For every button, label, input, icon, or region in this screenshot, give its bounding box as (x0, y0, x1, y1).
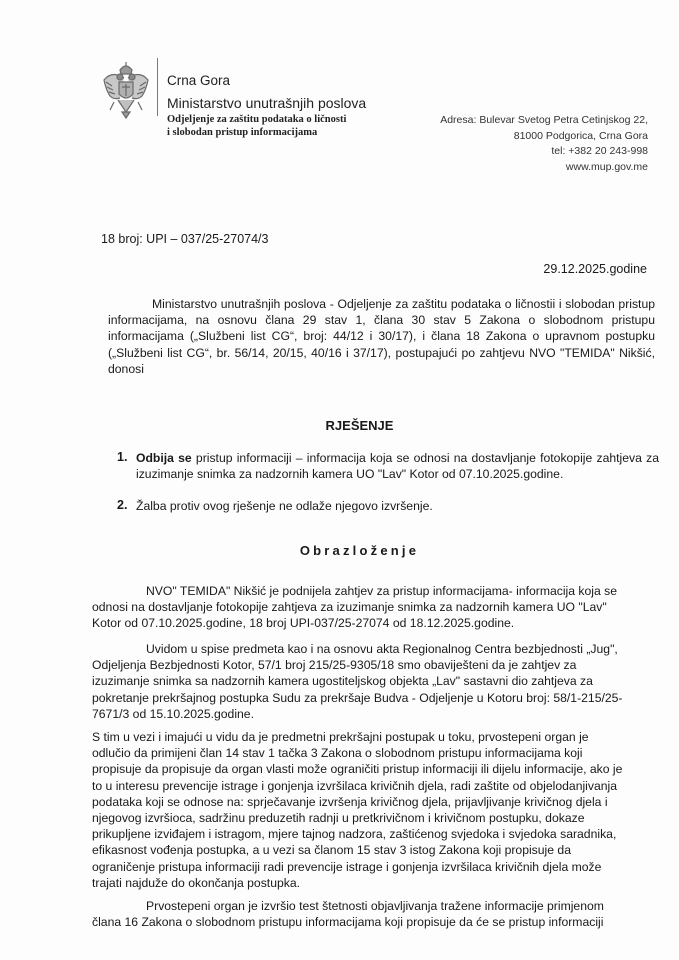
address-block: Adresa: Bulevar Svetog Petra Cetinjskog … (440, 113, 648, 175)
document-page: Crna Gora Ministarstvo unutrašnjih poslo… (0, 0, 679, 960)
address-website: www.mup.gov.me (440, 160, 648, 176)
decision-item-1-text: pristup informaciji – informacija koja s… (136, 451, 659, 481)
coat-of-arms-icon (100, 60, 152, 122)
address-city: 81000 Podgorica, Crna Gora (440, 129, 648, 145)
decision-title: RJEŠENJE (0, 418, 679, 433)
department-line-2: i slobodan pristup informacijama (167, 127, 346, 140)
reasoning-paragraph-2-text: Uvidom u spise predmeta kao i na osnovu … (92, 642, 622, 721)
reasoning-paragraph-3-text: S tim u vezi i imajući u vidu da je pred… (92, 730, 622, 890)
reasoning-paragraph-4-text: Prvostepeni organ je izvršio test štetno… (92, 899, 604, 929)
decision-item-1: Odbija se pristup informaciji – informac… (136, 450, 659, 482)
document-date: 29.12.2025.godine (543, 262, 647, 276)
decision-item-2-number: 2. (117, 498, 127, 512)
intro-text: Ministarstvo unutrašnjih poslova - Odjel… (108, 297, 655, 376)
decision-item-2-text: Žalba protiv ovog rješenje ne odlaže nje… (136, 499, 433, 513)
address-street: Adresa: Bulevar Svetog Petra Cetinjskog … (440, 113, 648, 129)
ministry-name: Ministarstvo unutrašnjih poslova (167, 95, 366, 111)
address-phone: tel: +382 20 243-998 (440, 144, 648, 160)
reasoning-title: Obrazloženje (0, 543, 679, 558)
reasoning-paragraph-4: Prvostepeni organ je izvršio test štetno… (92, 898, 627, 930)
department-line-1: Odjeljenje za zaštitu podataka o ličnost… (167, 114, 346, 127)
reasoning-paragraph-1-text: NVO" TEMIDA" Nikšić je podnijela zahtjev… (92, 584, 617, 630)
decision-item-1-number: 1. (117, 450, 127, 464)
intro-paragraph: Ministarstvo unutrašnjih poslova - Odjel… (108, 296, 655, 377)
reasoning-paragraph-1: NVO" TEMIDA" Nikšić je podnijela zahtjev… (92, 583, 627, 632)
reference-number: 18 broj: UPI – 037/25-27074/3 (101, 232, 268, 246)
department-name: Odjeljenje za zaštitu podataka o ličnost… (167, 114, 346, 139)
header-divider (157, 58, 158, 116)
decision-item-1-bold: Odbija se (136, 451, 192, 465)
country-name: Crna Gora (167, 73, 230, 88)
reasoning-paragraph-3: S tim u vezi i imajući u vidu da je pred… (92, 729, 627, 891)
reasoning-paragraph-2: Uvidom u spise predmeta kao i na osnovu … (92, 641, 627, 722)
decision-item-2: Žalba protiv ovog rješenje ne odlaže nje… (136, 498, 659, 514)
